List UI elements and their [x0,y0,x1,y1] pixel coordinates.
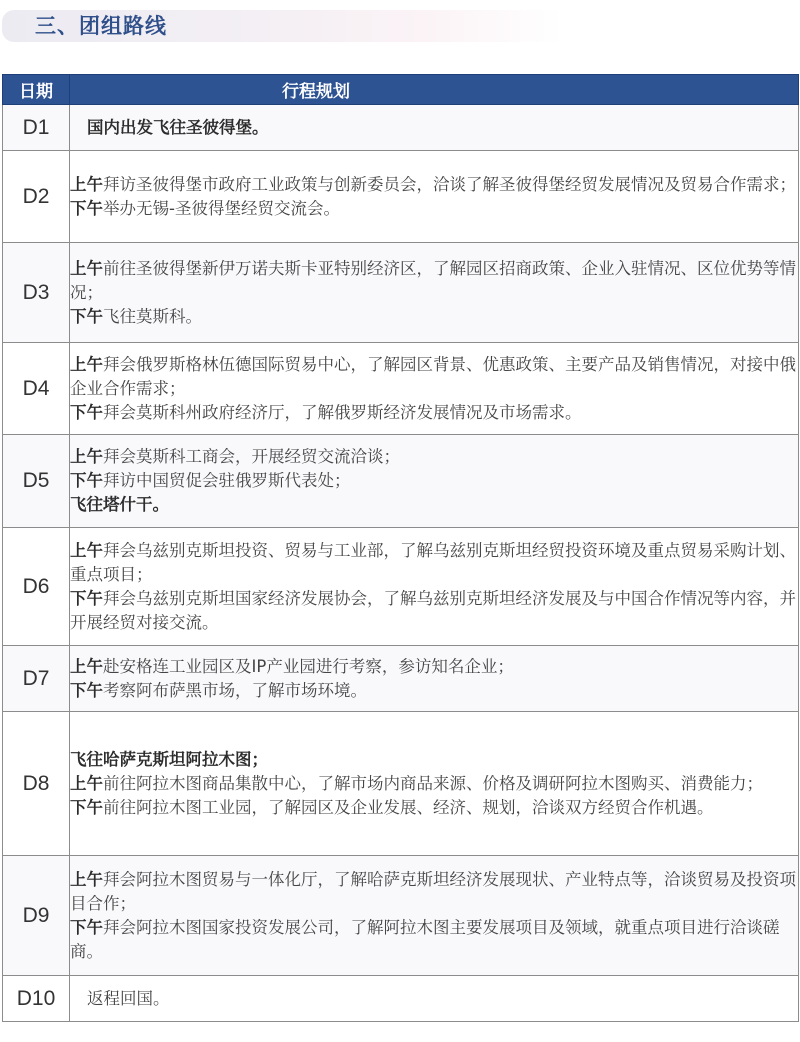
time-of-day-label: 上午 [70,541,103,560]
plan-line: 下午考察阿布萨黑市场，了解市场环境。 [70,679,798,703]
plan-line: 下午拜会乌兹别克斯坦国家经济发展协会，了解乌兹别克斯坦经济发展及与中国合作情况等… [70,587,798,635]
plan-line: 下午飞往莫斯科。 [70,305,798,329]
table-row: D7上午赴安格连工业园区及IP产业园进行考察，参访知名企业；下午考察阿布萨黑市场… [3,646,799,712]
plan-text: 前往阿拉木图商品集散中心，了解市场内商品来源、价格及调研阿拉木图购买、消费能力； [103,774,763,793]
table-row: D8飞往哈萨克斯坦阿拉木图；上午前往阿拉木图商品集散中心，了解市场内商品来源、价… [3,712,799,856]
plan-line: 上午拜会俄罗斯格林伍德国际贸易中心，了解园区背景、优惠政策、主要产品及销售情况，… [70,353,798,401]
day-label: D5 [3,435,70,528]
time-of-day-label: 下午 [70,589,103,608]
plan-text: 拜会阿拉木图国家投资发展公司，了解阿拉木图主要发展项目及领域，就重点项目进行洽谈… [70,918,780,961]
day-plan: 上午前往圣彼得堡新伊万诺夫斯卡亚特别经济区，了解园区招商政策、企业入驻情况、区位… [70,243,799,343]
plan-text: 前往圣彼得堡新伊万诺夫斯卡亚特别经济区，了解园区招商政策、企业入驻情况、区位优势… [70,259,796,302]
plan-text: 飞往哈萨克斯坦阿拉木图； [70,750,268,769]
plan-line: 上午前往阿拉木图商品集散中心，了解市场内商品来源、价格及调研阿拉木图购买、消费能… [70,772,798,796]
time-of-day-label: 下午 [70,798,103,817]
time-of-day-label: 下午 [70,199,103,218]
table-row: D10返程回国。 [3,976,799,1022]
time-of-day-label: 上午 [70,259,103,278]
header-date: 日期 [3,75,70,105]
day-label: D2 [3,151,70,243]
plan-text: 返程回国。 [87,989,170,1008]
plan-text: 赴安格连工业园区及IP产业园进行考察，参访知名企业； [103,657,514,676]
time-of-day-label: 下午 [70,307,103,326]
time-of-day-label: 上午 [70,657,103,676]
time-of-day-label: 上午 [70,355,103,374]
plan-text: 拜会乌兹别克斯坦投资、贸易与工业部，了解乌兹别克斯坦经贸投资环境及重点贸易采购计… [70,541,796,584]
day-plan: 返程回国。 [70,976,799,1022]
plan-text: 国内出发飞往圣彼得堡。 [87,118,269,137]
time-of-day-label: 上午 [70,870,103,889]
plan-text: 飞往莫斯科。 [103,307,202,326]
plan-line: 飞往塔什干。 [70,493,798,517]
day-plan: 上午拜会乌兹别克斯坦投资、贸易与工业部，了解乌兹别克斯坦经贸投资环境及重点贸易采… [70,528,799,646]
day-label: D3 [3,243,70,343]
time-of-day-label: 下午 [70,471,103,490]
table-row: D5上午拜会莫斯科工商会，开展经贸交流洽谈；下午拜访中国贸促会驻俄罗斯代表处；飞… [3,435,799,528]
plan-text: 拜会莫斯科州政府经济厅，了解俄罗斯经济发展情况及市场需求。 [103,403,582,422]
plan-line: 下午前往阿拉木图工业园，了解园区及企业发展、经济、规划，洽谈双方经贸合作机遇。 [70,796,798,820]
plan-text: 拜会阿拉木图贸易与一体化厅，了解哈萨克斯坦经济发展现状、产业特点等，洽谈贸易及投… [70,870,796,913]
day-plan: 上午赴安格连工业园区及IP产业园进行考察，参访知名企业；下午考察阿布萨黑市场，了… [70,646,799,712]
itinerary-table: 日期 行程规划 D1国内出发飞往圣彼得堡。D2上午拜访圣彼得堡市政府工业政策与创… [2,74,799,1022]
plan-line: 飞往哈萨克斯坦阿拉木图； [70,748,798,772]
plan-line: 下午拜访中国贸促会驻俄罗斯代表处； [70,469,798,493]
plan-line: 上午拜会乌兹别克斯坦投资、贸易与工业部，了解乌兹别克斯坦经贸投资环境及重点贸易采… [70,539,798,587]
header-plan-label: 行程规划 [282,77,350,102]
plan-text: 拜会莫斯科工商会，开展经贸交流洽谈； [103,447,400,466]
time-of-day-label: 上午 [70,447,103,466]
plan-line: 返程回国。 [87,987,786,1011]
plan-text: 前往阿拉木图工业园，了解园区及企业发展、经济、规划，洽谈双方经贸合作机遇。 [103,798,714,817]
plan-line: 国内出发飞往圣彼得堡。 [87,116,786,140]
time-of-day-label: 下午 [70,681,103,700]
plan-line: 上午赴安格连工业园区及IP产业园进行考察，参访知名企业； [70,655,798,679]
day-label: D1 [3,105,70,151]
itinerary-body: D1国内出发飞往圣彼得堡。D2上午拜访圣彼得堡市政府工业政策与创新委员会，洽谈了… [3,105,799,1022]
plan-text: 飞往塔什干。 [70,495,169,514]
section-title: 三、团组路线 [35,12,167,40]
plan-text: 考察阿布萨黑市场，了解市场环境。 [103,681,367,700]
day-label: D4 [3,343,70,435]
header-plan: 行程规划 [70,75,799,105]
day-label: D7 [3,646,70,712]
plan-line: 上午前往圣彼得堡新伊万诺夫斯卡亚特别经济区，了解园区招商政策、企业入驻情况、区位… [70,257,798,305]
day-plan: 飞往哈萨克斯坦阿拉木图；上午前往阿拉木图商品集散中心，了解市场内商品来源、价格及… [70,712,799,856]
day-plan: 上午拜会莫斯科工商会，开展经贸交流洽谈；下午拜访中国贸促会驻俄罗斯代表处；飞往塔… [70,435,799,528]
time-of-day-label: 上午 [70,175,103,194]
day-label: D10 [3,976,70,1022]
table-row: D6上午拜会乌兹别克斯坦投资、贸易与工业部，了解乌兹别克斯坦经贸投资环境及重点贸… [3,528,799,646]
plan-line: 下午举办无锡-圣彼得堡经贸交流会。 [70,197,798,221]
plan-line: 上午拜会阿拉木图贸易与一体化厅，了解哈萨克斯坦经济发展现状、产业特点等，洽谈贸易… [70,868,798,916]
table-header-row: 日期 行程规划 [3,75,799,105]
day-label: D9 [3,856,70,976]
table-row: D2上午拜访圣彼得堡市政府工业政策与创新委员会，洽谈了解圣彼得堡经贸发展情况及贸… [3,151,799,243]
day-plan: 国内出发飞往圣彼得堡。 [70,105,799,151]
time-of-day-label: 上午 [70,774,103,793]
day-plan: 上午拜访圣彼得堡市政府工业政策与创新委员会，洽谈了解圣彼得堡经贸发展情况及贸易合… [70,151,799,243]
plan-line: 下午拜会阿拉木图国家投资发展公司，了解阿拉木图主要发展项目及领域，就重点项目进行… [70,916,798,964]
table-row: D9上午拜会阿拉木图贸易与一体化厅，了解哈萨克斯坦经济发展现状、产业特点等，洽谈… [3,856,799,976]
table-row: D4上午拜会俄罗斯格林伍德国际贸易中心，了解园区背景、优惠政策、主要产品及销售情… [3,343,799,435]
plan-text: 举办无锡-圣彼得堡经贸交流会。 [103,199,340,218]
time-of-day-label: 下午 [70,918,103,937]
day-plan: 上午拜会阿拉木图贸易与一体化厅，了解哈萨克斯坦经济发展现状、产业特点等，洽谈贸易… [70,856,799,976]
day-plan: 上午拜会俄罗斯格林伍德国际贸易中心，了解园区背景、优惠政策、主要产品及销售情况，… [70,343,799,435]
table-row: D1国内出发飞往圣彼得堡。 [3,105,799,151]
table-row: D3上午前往圣彼得堡新伊万诺夫斯卡亚特别经济区，了解园区招商政策、企业入驻情况、… [3,243,799,343]
plan-text: 拜访中国贸促会驻俄罗斯代表处； [103,471,351,490]
time-of-day-label: 下午 [70,403,103,422]
plan-text: 拜会俄罗斯格林伍德国际贸易中心，了解园区背景、优惠政策、主要产品及销售情况，对接… [70,355,796,398]
plan-line: 上午拜会莫斯科工商会，开展经贸交流洽谈； [70,445,798,469]
plan-text: 拜会乌兹别克斯坦国家经济发展协会，了解乌兹别克斯坦经济发展及与中国合作情况等内容… [70,589,796,632]
plan-text: 拜访圣彼得堡市政府工业政策与创新委员会，洽谈了解圣彼得堡经贸发展情况及贸易合作需… [103,175,796,194]
day-label: D8 [3,712,70,856]
plan-line: 下午拜会莫斯科州政府经济厅，了解俄罗斯经济发展情况及市场需求。 [70,401,798,425]
day-label: D6 [3,528,70,646]
plan-line: 上午拜访圣彼得堡市政府工业政策与创新委员会，洽谈了解圣彼得堡经贸发展情况及贸易合… [70,173,798,197]
